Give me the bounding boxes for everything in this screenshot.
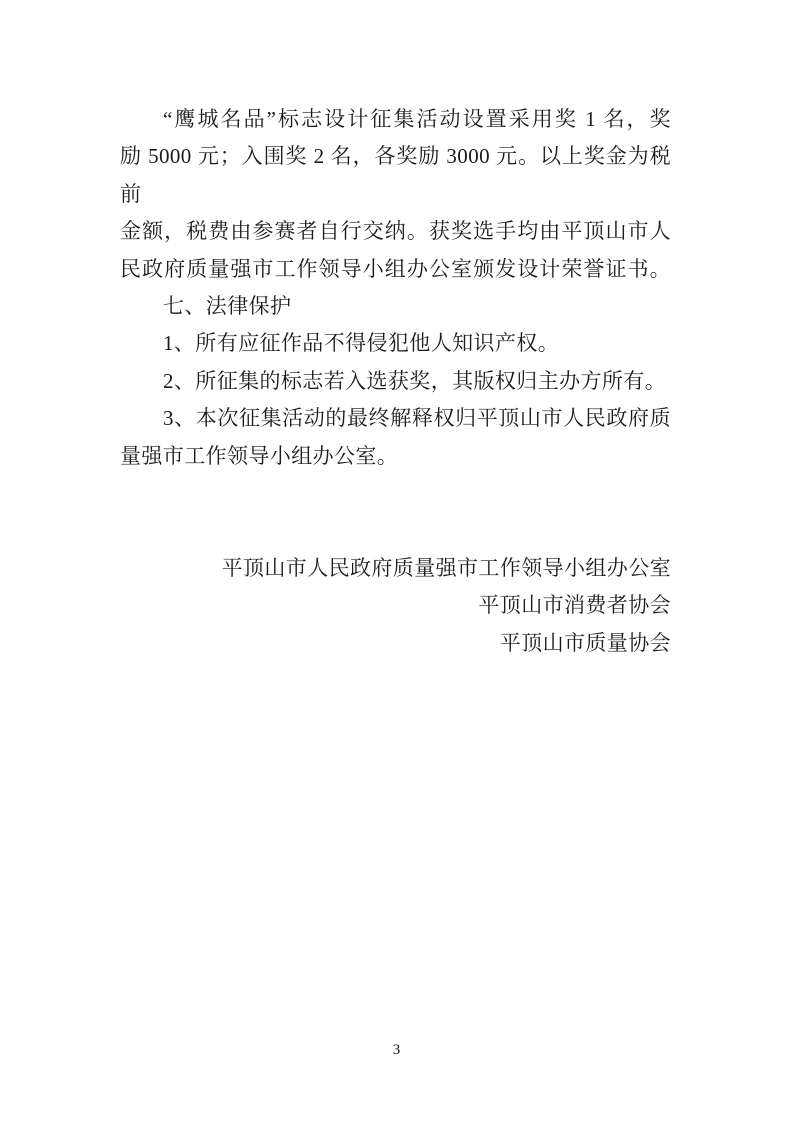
document-body: “鹰城名品”标志设计征集活动设置采用奖 1 名，奖 励 5000 元；入围奖 2… [120, 101, 671, 662]
body-line: 民政府质量强市工作领导小组办公室颁发设计荣誉证书。 [120, 251, 671, 288]
signature-line: 平顶山市人民政府质量强市工作领导小组办公室 [120, 550, 671, 587]
legal-item-continuation: 量强市工作领导小组办公室。 [120, 438, 671, 475]
body-line: “鹰城名品”标志设计征集活动设置采用奖 1 名，奖 [120, 101, 671, 138]
signature-line: 平顶山市质量协会 [120, 625, 671, 662]
section-heading: 七、法律保护 [120, 288, 671, 325]
signature-line: 平顶山市消费者协会 [120, 587, 671, 624]
document-page: “鹰城名品”标志设计征集活动设置采用奖 1 名，奖 励 5000 元；入围奖 2… [0, 0, 793, 1122]
legal-item: 3、本次征集活动的最终解释权归平顶山市人民政府质 [120, 400, 671, 437]
body-line: 励 5000 元；入围奖 2 名，各奖励 3000 元。以上奖金为税前 [120, 138, 671, 213]
body-line: 金额，税费由参赛者自行交纳。获奖选手均由平顶山市人 [120, 213, 671, 250]
signature-block: 平顶山市人民政府质量强市工作领导小组办公室 平顶山市消费者协会 平顶山市质量协会 [120, 550, 671, 662]
legal-item: 2、所征集的标志若入选获奖，其版权归主办方所有。 [120, 363, 671, 400]
page-number: 3 [0, 1039, 793, 1061]
legal-item: 1、所有应征作品不得侵犯他人知识产权。 [120, 325, 671, 362]
